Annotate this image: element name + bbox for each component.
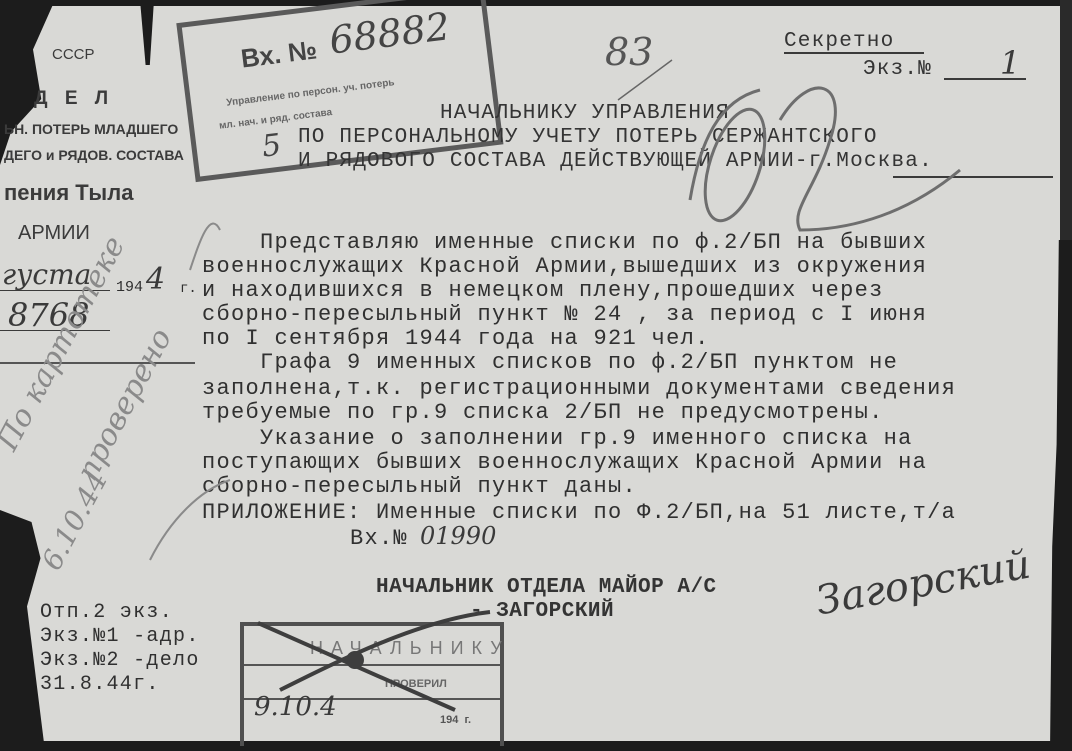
handwritten-marks: [0, 0, 1072, 751]
document-page: СССР Д Е Л ЬН. ПОТЕРЬ МЛАДШЕГО ДЕГО и РЯ…: [0, 0, 1072, 751]
large-pencil-mark: [690, 88, 960, 230]
cross-out-mark: [258, 612, 490, 710]
